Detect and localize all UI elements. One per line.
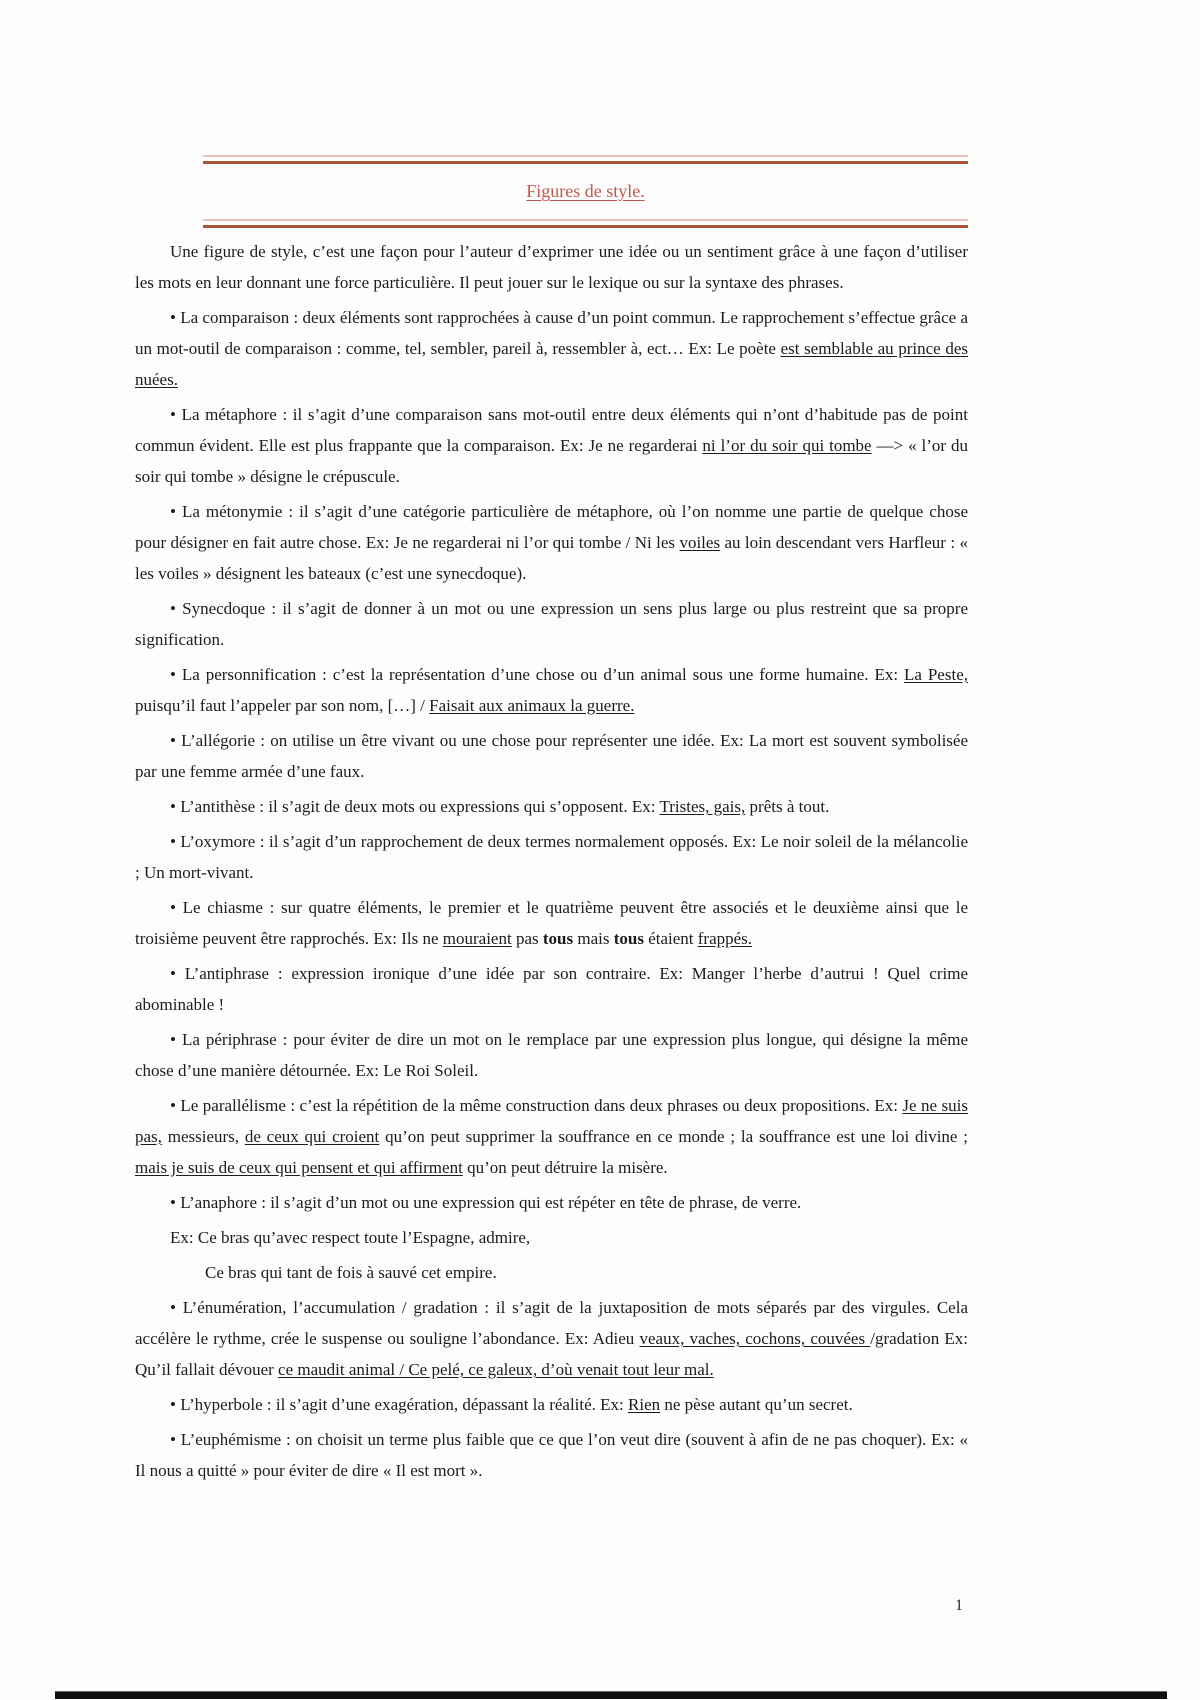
document-header: Figures de style. (203, 155, 968, 228)
text-run: ce maudit animal / Ce pelé, ce galeux, d… (278, 1360, 714, 1379)
paragraph: • L’antithèse : il s’agit de deux mots o… (135, 791, 968, 822)
text-run: • Synecdoque : il s’agit de donner à un … (135, 599, 968, 649)
text-run: frappés. (698, 929, 752, 948)
text-run: • Le parallélisme : c’est la répétition … (170, 1096, 902, 1115)
paragraph: • La périphrase : pour éviter de dire un… (135, 1024, 968, 1086)
paragraph: • La personnification : c’est la représe… (135, 659, 968, 721)
text-run: prêts à tout. (745, 797, 829, 816)
document-body: Une figure de style, c’est une façon pou… (135, 236, 968, 1490)
page-number: 1 (955, 1597, 963, 1615)
text-run: qu’on peut détruire la misère. (463, 1158, 668, 1177)
text-run: • L’allégorie : on utilise un être vivan… (135, 731, 968, 781)
paragraph: Une figure de style, c’est une façon pou… (135, 236, 968, 298)
paragraph: • La métonymie : il s’agit d’une catégor… (135, 496, 968, 589)
text-run: voiles (679, 533, 720, 552)
horizontal-rule-thick-bottom (203, 225, 968, 228)
text-run: • La périphrase : pour éviter de dire un… (135, 1030, 968, 1080)
text-run: • La personnification : c’est la représe… (170, 665, 904, 684)
text-run: mais je suis de ceux qui pensent et qui … (135, 1158, 463, 1177)
paragraph: • L’oxymore : il s’agit d’un rapprocheme… (135, 826, 968, 888)
text-run: veaux, vaches, cochons, couvées (639, 1329, 870, 1348)
text-run: mouraient (443, 929, 512, 948)
horizontal-rule-thin-top (203, 155, 968, 157)
paragraph: • Le chiasme : sur quatre éléments, le p… (135, 892, 968, 954)
paragraph: Ex: Ce bras qu’avec respect toute l’Espa… (135, 1222, 968, 1253)
text-run: La Peste, (904, 665, 968, 684)
text-run: Rien (628, 1395, 660, 1414)
paragraph: • Synecdoque : il s’agit de donner à un … (135, 593, 968, 655)
horizontal-rule-thin-bottom (203, 219, 968, 221)
paragraph: • L’anaphore : il s’agit d’un mot ou une… (135, 1187, 968, 1218)
paragraph: • Le parallélisme : c’est la répétition … (135, 1090, 968, 1183)
text-run: Ce bras qui tant de fois à sauvé cet emp… (205, 1263, 497, 1282)
text-run: • L’anaphore : il s’agit d’un mot ou une… (170, 1193, 801, 1212)
text-run: ne pèse autant qu’un secret. (660, 1395, 853, 1414)
text-run: Une figure de style, c’est une façon pou… (135, 242, 968, 292)
text-run: ni l’or du soir qui tombe (702, 436, 871, 455)
text-run: • L’antithèse : il s’agit de deux mots o… (170, 797, 659, 816)
text-run: de ceux qui croient (245, 1127, 379, 1146)
paragraph: • L’hyperbole : il s’agit d’une exagérat… (135, 1389, 968, 1420)
paragraph: • L’allégorie : on utilise un être vivan… (135, 725, 968, 787)
text-run: • L’hyperbole : il s’agit d’une exagérat… (170, 1395, 628, 1414)
paragraph: • La métaphore : il s’agit d’une compara… (135, 399, 968, 492)
window-bottom-edge (55, 1691, 1167, 1699)
text-run: • L’oxymore : il s’agit d’un rapprocheme… (135, 832, 968, 882)
paragraph: • L’énumération, l’accumulation / gradat… (135, 1292, 968, 1385)
page-title: Figures de style. (526, 181, 645, 202)
paragraph: • L’antiphrase : expression ironique d’u… (135, 958, 968, 1020)
paragraph: • La comparaison : deux éléments sont ra… (135, 302, 968, 395)
text-run: qu’on peut supprimer la souffrance en ce… (379, 1127, 968, 1146)
text-run: pas (512, 929, 543, 948)
title-row: Figures de style. (203, 164, 968, 219)
paragraph: Ce bras qui tant de fois à sauvé cet emp… (135, 1257, 968, 1288)
text-run: Ex: Ce bras qu’avec respect toute l’Espa… (170, 1228, 530, 1247)
text-run: • L’euphémisme : on choisit un terme plu… (135, 1430, 968, 1480)
text-run: puisqu’il faut l’appeler par son nom, […… (135, 696, 429, 715)
text-run: tous (543, 929, 573, 948)
text-run: messieurs, (162, 1127, 245, 1146)
text-run: étaient (644, 929, 698, 948)
text-run: Tristes, gais, (659, 797, 745, 816)
paragraph: • L’euphémisme : on choisit un terme plu… (135, 1424, 968, 1486)
text-run: mais (573, 929, 614, 948)
text-run: Faisait aux animaux la guerre. (429, 696, 634, 715)
text-run: tous (614, 929, 644, 948)
document-page: Figures de style. Une figure de style, c… (0, 0, 1200, 1700)
text-run: • L’antiphrase : expression ironique d’u… (135, 964, 968, 1014)
